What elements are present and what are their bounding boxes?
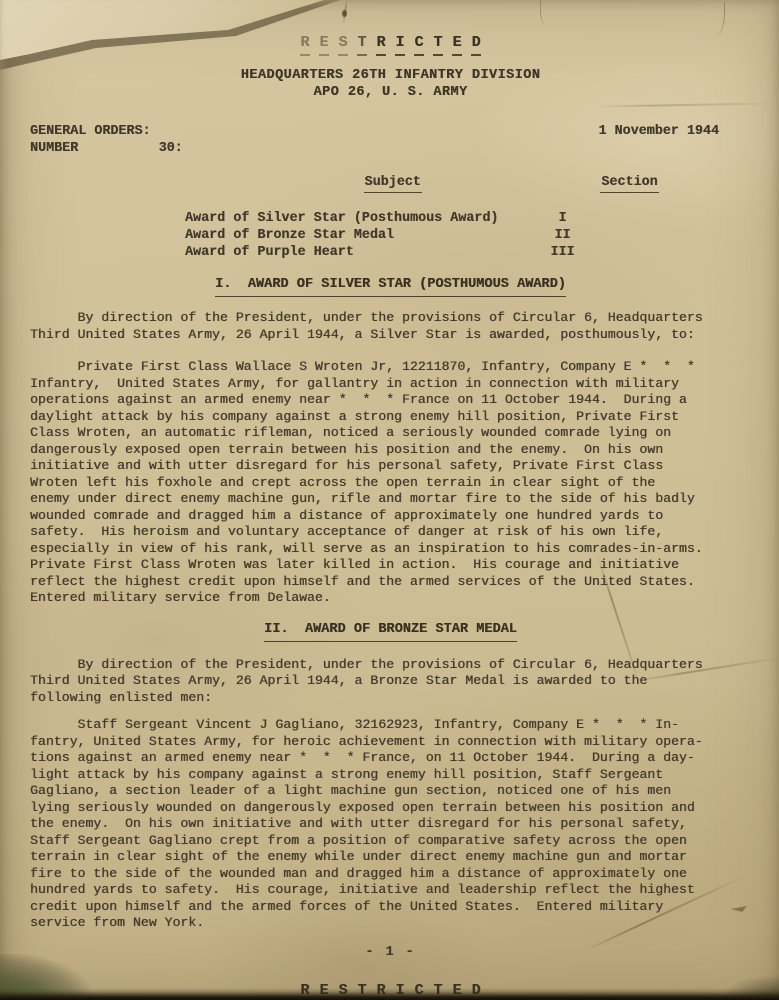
section-header-label: Section [600,174,658,193]
section-2-heading-text: II. AWARD OF BRONZE STAR MEDAL [264,621,517,642]
subject-cell: Award of Purple Heart [185,244,520,261]
subject-cell: Award of Bronze Star Medal [185,227,520,244]
subject-table-header: Subject Section [185,157,751,210]
subject-cell: Award of Silver Star (Posthumous Award) [185,210,520,227]
section-1-intro-paragraph: By direction of the President, under the… [30,310,751,343]
section-cell: III [520,244,605,261]
document-page: RESTRICTED HEADQUARTERS 26TH INFANTRY DI… [0,0,779,1000]
document-date: 1 November 1944 [598,123,719,140]
apo-line: APO 26, U. S. ARMY [30,84,751,101]
section-column-header: Section [520,157,605,210]
headquarters-line: HEADQUARTERS 26TH INFANTRY DIVISION [30,67,751,84]
subject-table: Subject Section Award of Silver Star (Po… [185,157,751,261]
letterhead: HEADQUARTERS 26TH INFANTRY DIVISION APO … [30,67,751,101]
orders-block: GENERAL ORDERS: NUMBER 30: 1 November 19… [30,123,751,157]
section-1-citation-paragraph: Private First Class Wallace S Wroten Jr,… [30,359,751,607]
paper-bottom-edge [0,988,779,1000]
section-2-citation-paragraph: Staff Sergeant Vincent J Gagliano, 32162… [30,717,751,932]
table-row: Award of Silver Star (Posthumous Award) … [185,210,751,227]
subject-column-header: Subject [185,157,520,210]
section-2-heading: II. AWARD OF BRONZE STAR MEDAL [30,621,751,642]
page-number: - 1 - [30,945,751,960]
document-content: RESTRICTED HEADQUARTERS 26TH INFANTRY DI… [0,0,779,1000]
orders-number: NUMBER 30: [30,140,183,157]
section-2-intro-paragraph: By direction of the President, under the… [30,657,751,707]
section-1-heading-text: I. AWARD OF SILVER STAR (POSTHUMOUS AWAR… [215,276,566,297]
general-orders-label: GENERAL ORDERS: [30,123,183,140]
orders-labels: GENERAL ORDERS: NUMBER 30: [30,123,183,157]
subject-header-label: Subject [364,174,422,193]
classification-banner-top: RESTRICTED [30,34,751,56]
section-cell: II [520,227,605,244]
section-cell: I [520,210,605,227]
section-1-heading: I. AWARD OF SILVER STAR (POSTHUMOUS AWAR… [30,276,751,297]
table-row: Award of Purple Heart III [185,244,751,261]
table-row: Award of Bronze Star Medal II [185,227,751,244]
